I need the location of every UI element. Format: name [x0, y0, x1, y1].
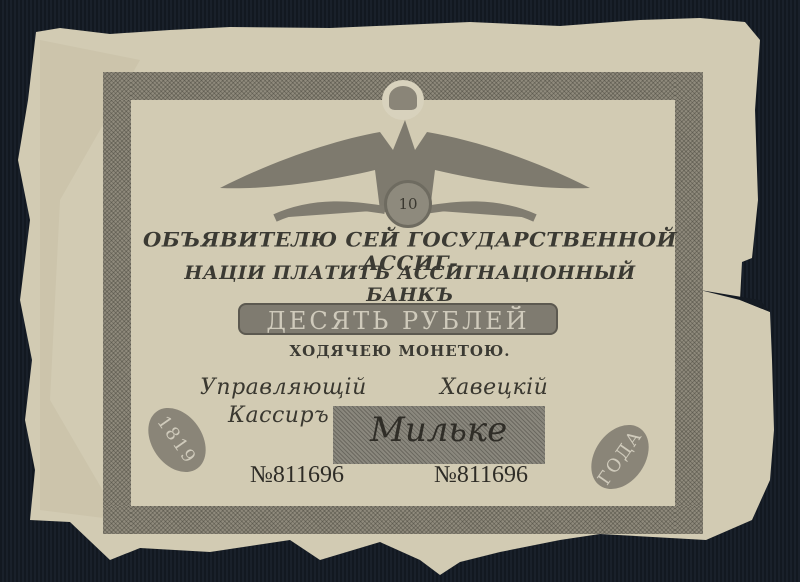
medallion-value: 10 — [398, 195, 417, 213]
header-line-2: НАЦІИ ПЛАТИТЪ АССИГНАЦІОННЫЙ БАНКЪ — [140, 262, 680, 306]
cashier-signature: Мильке — [370, 410, 507, 450]
manager-signature: Хавецкій — [440, 375, 548, 400]
denomination-medallion: 10 — [384, 180, 432, 228]
denomination-banner: ДЕСЯТЬ РУБЛЕЙ — [238, 303, 558, 335]
serial-number-left: №811696 — [250, 462, 344, 489]
year-text: 1819 — [153, 412, 201, 468]
cashier-label: Кассиръ — [228, 403, 329, 428]
denomination-text: ДЕСЯТЬ РУБЛЕЙ — [240, 307, 556, 335]
serial-number-right: №811696 — [434, 462, 528, 489]
currency-phrase: ХОДЯЧЕЮ МОНЕТОЮ. — [250, 342, 550, 360]
manager-label: Управляющій — [200, 375, 367, 400]
